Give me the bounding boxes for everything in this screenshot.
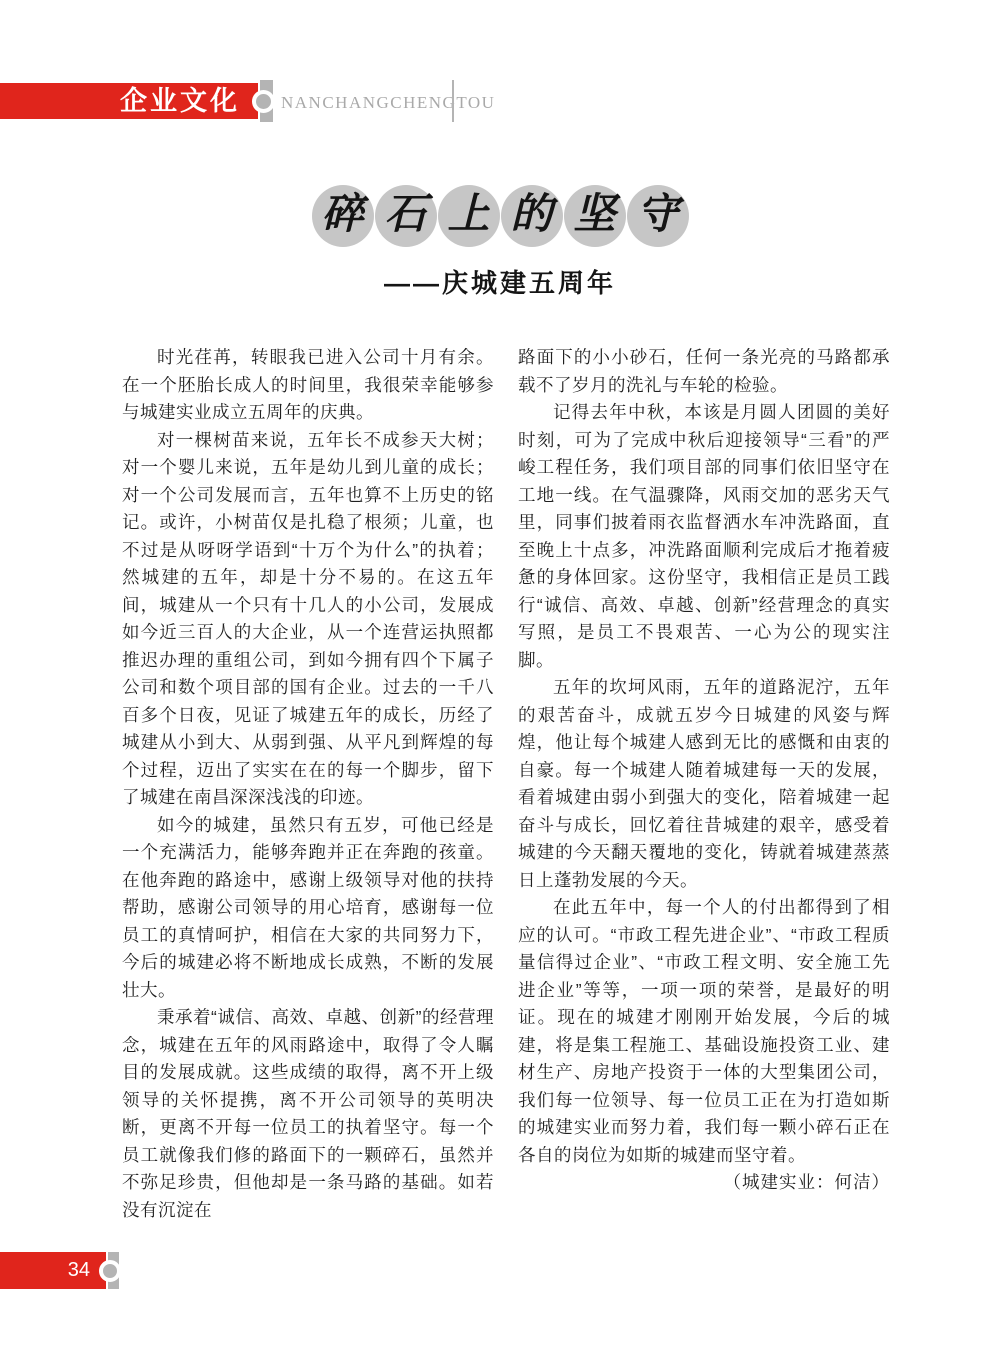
title-character: 的 <box>510 193 552 235</box>
brand-rule-line <box>452 80 454 122</box>
left-column: 时光荏苒，转眼我已进入公司十月有余。在一个胚胎长成人的时间里，我很荣幸能够参与城… <box>122 344 494 1224</box>
paragraph: 对一棵树苗来说，五年长不成参天大树；对一个婴儿来说，五年是幼儿到儿童的成长；对一… <box>122 427 494 812</box>
paragraph: 路面下的小小砂石，任何一条光亮的马路都承载不了岁月的洗礼与车轮的检验。 <box>518 344 890 399</box>
title-character: 碎 <box>321 193 363 235</box>
paragraph: 如今的城建，虽然只有五岁，可他已经是一个充满活力，能够奔跑并正在奔跑的孩童。在他… <box>122 812 494 1005</box>
article-subtitle: ——庆城建五周年 <box>0 263 1000 300</box>
brand-text: NANCHANGCHENGTOU <box>281 93 495 113</box>
title-character-circle: 上 <box>438 185 500 247</box>
footer-circle-icon <box>99 1260 121 1282</box>
page-number: 34 <box>68 1259 90 1281</box>
title-character: 守 <box>636 193 678 235</box>
paragraph: 在此五年中，每一个人的付出都得到了相应的认可。“市政工程先进企业”、“市政工程质… <box>518 894 890 1169</box>
right-column: 路面下的小小砂石，任何一条光亮的马路都承载不了岁月的洗礼与车轮的检验。记得去年中… <box>518 344 890 1197</box>
title-character-circle: 守 <box>627 185 689 247</box>
paragraph: 时光荏苒，转眼我已进入公司十月有余。在一个胚胎长成人的时间里，我很荣幸能够参与城… <box>122 344 494 427</box>
title-character-circle: 坚 <box>564 185 626 247</box>
title-characters: 碎石上的坚守 <box>0 185 1000 247</box>
title-character-circle: 的 <box>501 185 563 247</box>
magazine-page: 企业文化 NANCHANGCHENGTOU 碎石上的坚守 ——庆城建五周年 时光… <box>0 0 1000 1366</box>
paragraph: 五年的坎坷风雨，五年的道路泥泞，五年的艰苦奋斗，成就五岁今日城建的风姿与辉煌，他… <box>518 674 890 894</box>
title-character-circle: 碎 <box>312 185 374 247</box>
paragraph: 记得去年中秋，本该是月圆人团圆的美好时刻，可为了完成中秋后迎接领导“三看”的严峻… <box>518 399 890 674</box>
title-character: 上 <box>447 193 489 235</box>
banner-circle-icon <box>252 90 275 113</box>
section-banner: 企业文化 <box>0 83 258 119</box>
paragraph: 秉承着“诚信、高效、卓越、创新”的经营理念，城建在五年的风雨路途中，取得了令人瞩… <box>122 1004 494 1224</box>
author-signature: （城建实业：何洁） <box>518 1169 890 1197</box>
title-character: 石 <box>384 193 426 235</box>
page-number-band: 34 <box>0 1252 106 1289</box>
title-character-circle: 石 <box>375 185 437 247</box>
title-character: 坚 <box>573 193 615 235</box>
section-label: 企业文化 <box>120 86 240 116</box>
